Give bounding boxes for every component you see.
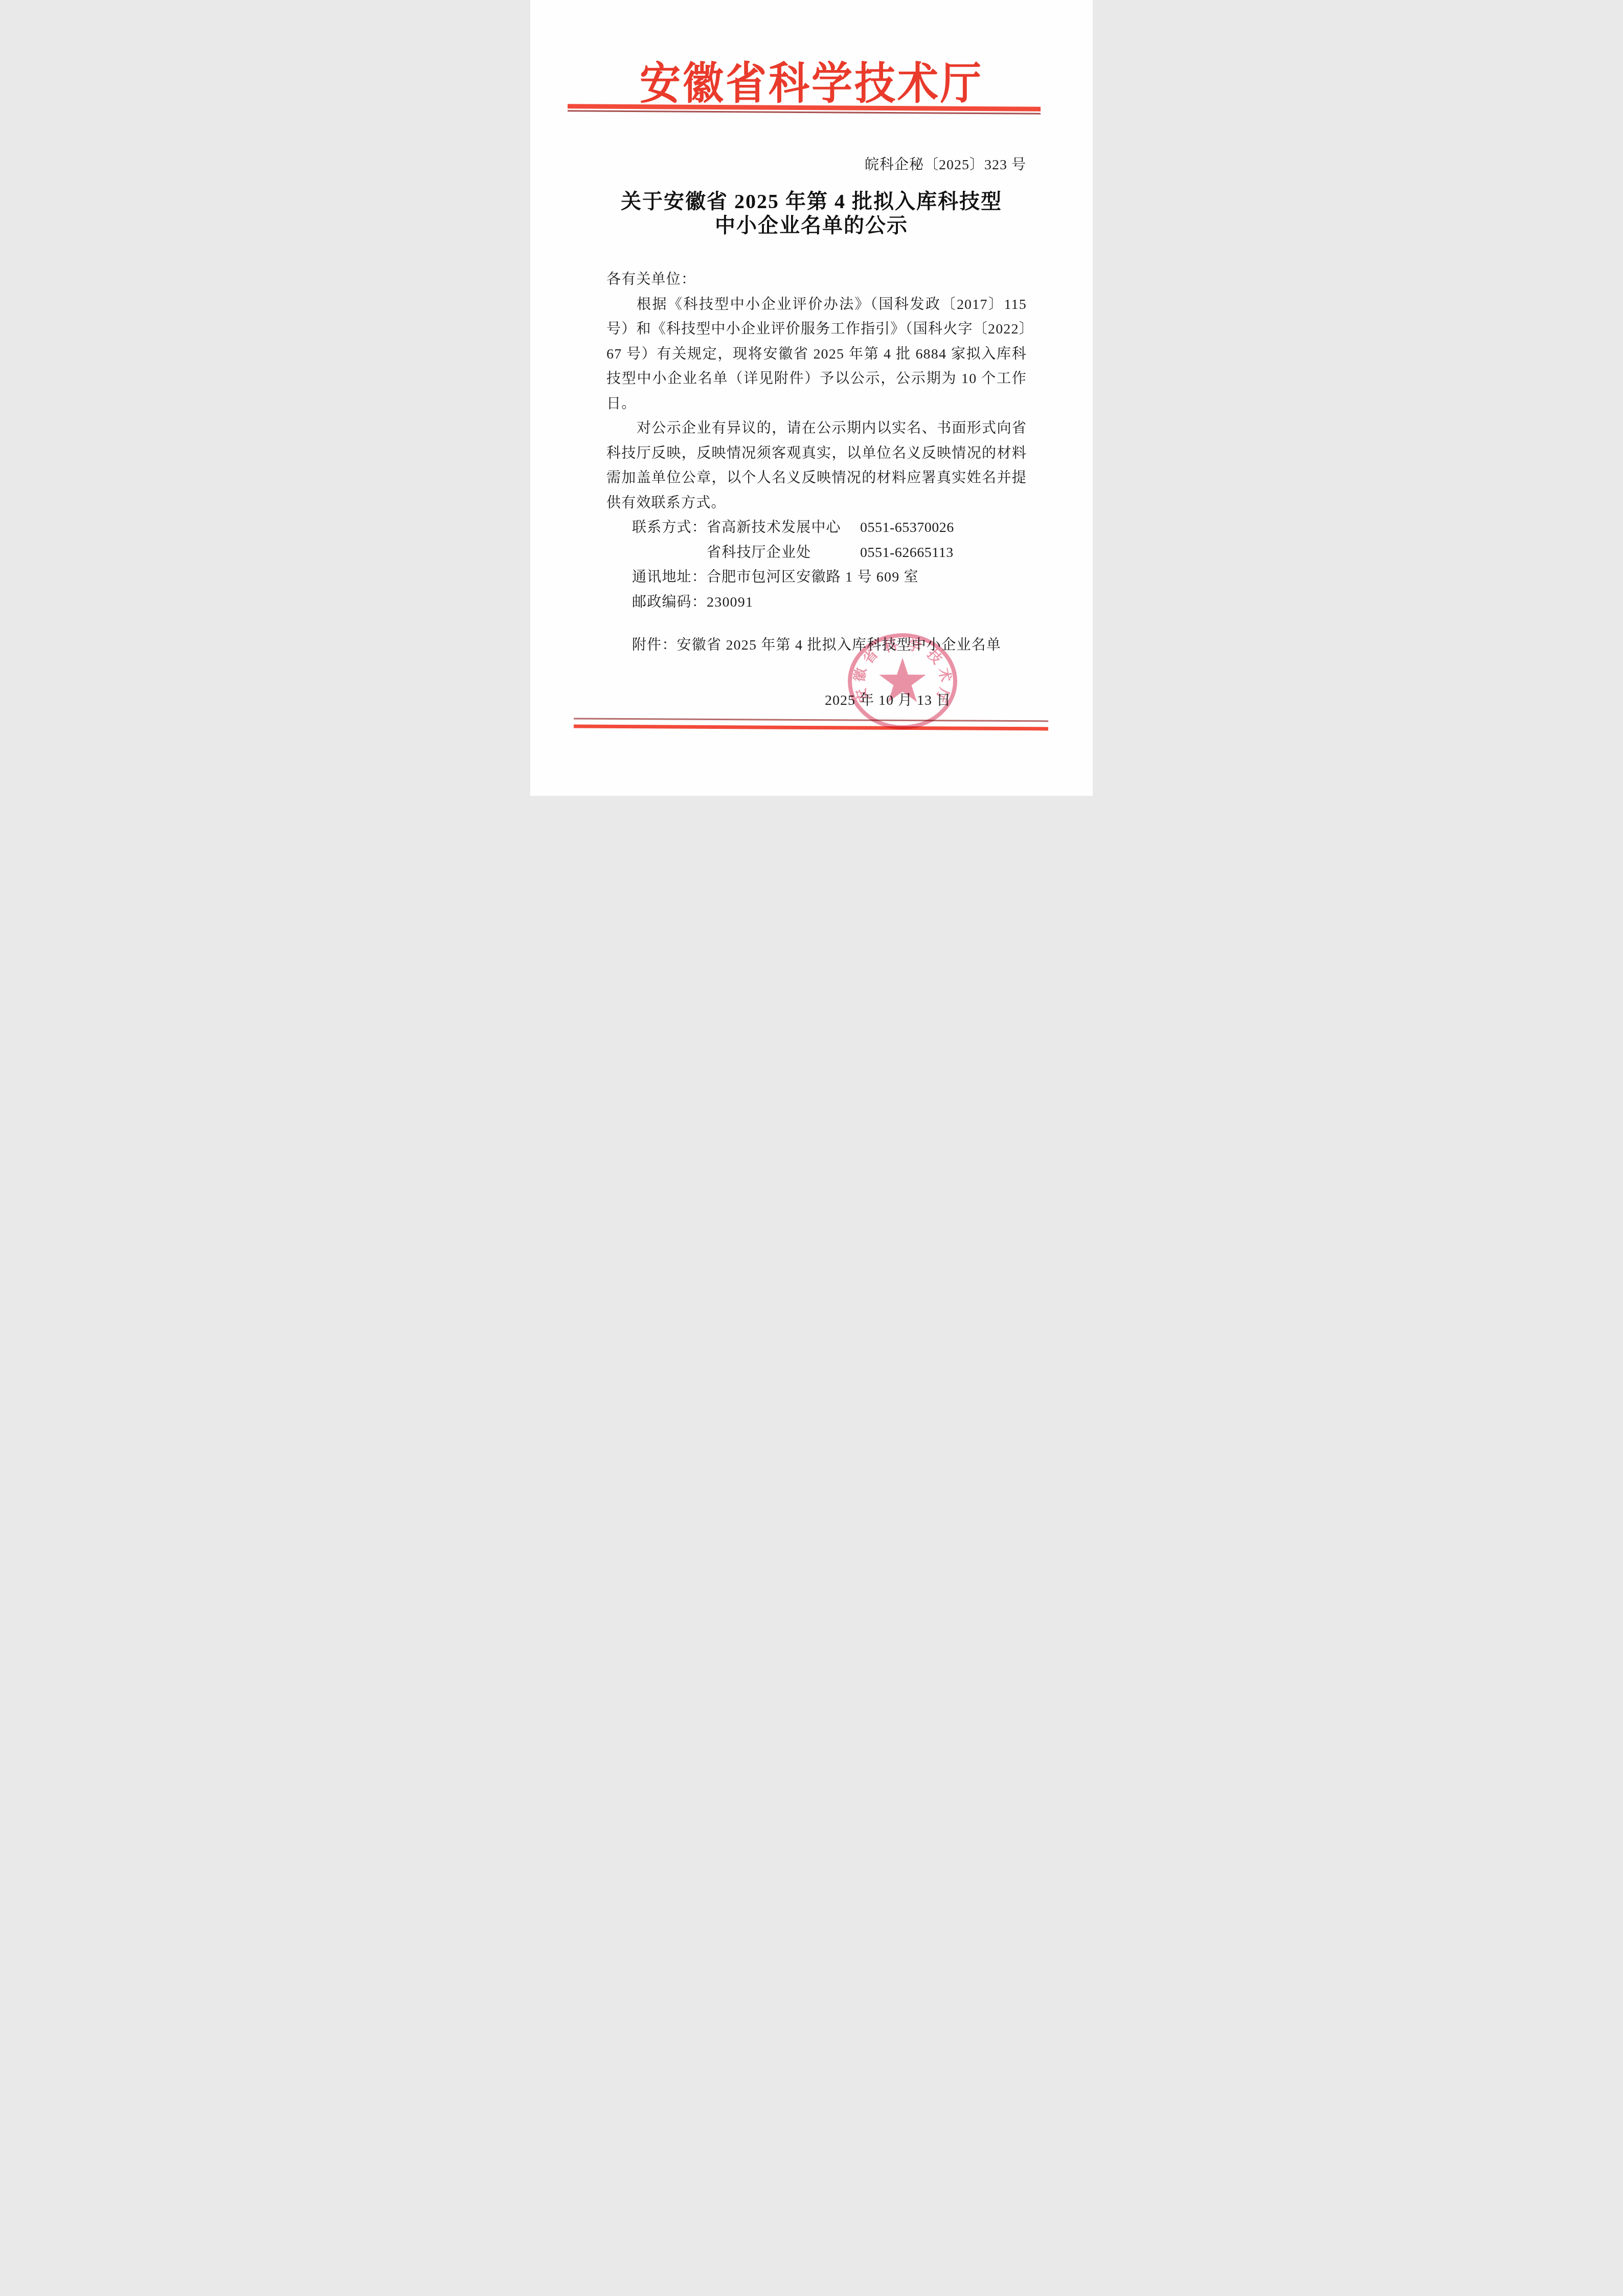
postcode-value: 230091 — [707, 594, 753, 610]
seal-char: 科 — [882, 637, 899, 655]
document-title-line1: 关于安徽省 2025 年第 4 批拟入库科技型 — [530, 189, 1093, 213]
contact-phone: 0551-65370026 — [860, 516, 954, 541]
seal-char: 学 — [906, 637, 923, 655]
letterhead-agency-name: 安徽省科学技术厅 — [530, 60, 1093, 108]
footer-divider — [574, 718, 1048, 731]
contact-row: 省科技厅企业处 0551-62665113 — [606, 541, 1027, 566]
postcode-label: 邮政编码： — [632, 594, 707, 610]
official-seal: 安 徽 省 科 学 技 术 厅 — [847, 633, 958, 730]
address-value: 合肥市包河区安徽路 1 号 609 室 — [707, 569, 919, 585]
document-page: 安徽省科学技术厅 皖科企秘〔2025〕323 号 关于安徽省 2025 年第 4… — [530, 0, 1093, 796]
document-body: 各有关单位： 根据《科技型中小企业评价办法》（国科发政〔2017〕115 号）和… — [606, 268, 1027, 658]
address-row: 通讯地址：合肥市包河区安徽路 1 号 609 室 — [606, 565, 1027, 590]
contact-org: 省高新技术发展中心 — [707, 516, 860, 541]
contact-row: 联系方式： 省高新技术发展中心 0551-65370026 — [606, 516, 1027, 541]
document-title: 关于安徽省 2025 年第 4 批拟入库科技型 中小企业名单的公示 — [530, 189, 1093, 237]
salutation: 各有关单位： — [606, 268, 1027, 293]
seal-char: 徽 — [851, 667, 869, 683]
attachment-label: 附件： — [632, 637, 677, 653]
postcode-row: 邮政编码：230091 — [606, 590, 1027, 615]
footer-rule-thick — [574, 725, 1048, 731]
document-title-line2: 中小企业名单的公示 — [530, 213, 1093, 237]
contact-label-spacer — [632, 541, 707, 566]
document-number: 皖科企秘〔2025〕323 号 — [865, 153, 1026, 174]
footer-rule-thin — [574, 718, 1048, 722]
contact-phone: 0551-62665113 — [860, 541, 954, 566]
contact-label: 联系方式： — [632, 516, 707, 541]
address-label: 通讯地址： — [632, 569, 707, 585]
seal-star — [879, 658, 926, 702]
seal-char: 术 — [936, 666, 953, 683]
attachment-row: 附件：安徽省 2025 年第 4 批拟入库科技型中小企业名单 — [606, 633, 1027, 658]
body-paragraph: 对公示企业有异议的，请在公示期内以实名、书面形式向省科技厅反映，反映情况须客观真… — [606, 416, 1027, 516]
body-paragraph: 根据《科技型中小企业评价办法》（国科发政〔2017〕115 号）和《科技型中小企… — [606, 293, 1027, 417]
contact-org: 省科技厅企业处 — [707, 541, 860, 566]
